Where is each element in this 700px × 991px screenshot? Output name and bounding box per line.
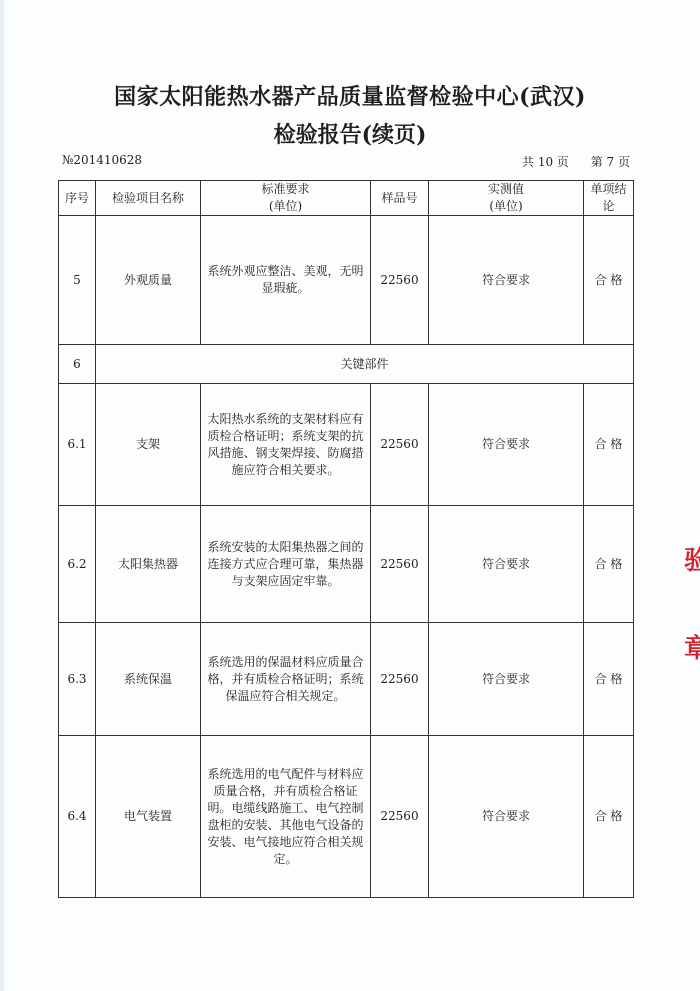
cell-measured: 符合要求 (429, 216, 584, 345)
page-info: 共 10 页 第 7 页 (504, 153, 630, 170)
total-pages: 共 10 页 (522, 155, 569, 169)
section-row: 6 关键部件 (59, 345, 634, 384)
table-header-row: 序号 检验项目名称 标准要求(单位) 样品号 实测值(单位) 单项结论 (59, 181, 634, 216)
col-header-sample: 样品号 (371, 181, 429, 216)
cell-seq: 6.3 (59, 623, 96, 736)
document-subtitle: 检验报告(续页) (0, 118, 700, 149)
cell-seq: 6.4 (59, 736, 96, 898)
cell-measured: 符合要求 (429, 736, 584, 898)
current-page: 第 7 页 (591, 155, 630, 169)
cell-conclusion: 合 格 (584, 623, 634, 736)
red-seal-stamp-bottom: 章 (684, 628, 700, 665)
cell-item: 系统保温 (96, 623, 201, 736)
cell-requirement: 系统选用的电气配件与材料应质量合格，并有质检合格证明。电缆线路施工、电气控制盘柜… (201, 736, 371, 898)
col-header-item: 检验项目名称 (96, 181, 201, 216)
cell-conclusion: 合 格 (584, 736, 634, 898)
cell-seq: 6 (59, 345, 96, 384)
section-label: 关键部件 (96, 345, 634, 384)
cell-item: 外观质量 (96, 216, 201, 345)
document-title: 国家太阳能热水器产品质量监督检验中心(武汉) (0, 80, 700, 111)
cell-seq: 5 (59, 216, 96, 345)
col-header-standard: 标准要求(单位) (201, 181, 371, 216)
cell-requirement: 系统选用的保温材料应质量合格，并有质检合格证明；系统保温应符合相关规定。 (201, 623, 371, 736)
cell-measured: 符合要求 (429, 506, 584, 623)
col-header-measured: 实测值(单位) (429, 181, 584, 216)
cell-conclusion: 合 格 (584, 216, 634, 345)
table-row: 6.1 支架 太阳热水系统的支架材料应有质检合格证明；系统支架的抗风措施、钢支架… (59, 384, 634, 506)
table-row: 6.3 系统保温 系统选用的保温材料应质量合格，并有质检合格证明；系统保温应符合… (59, 623, 634, 736)
cell-item: 太阳集热器 (96, 506, 201, 623)
table-row: 6.4 电气装置 系统选用的电气配件与材料应质量合格，并有质检合格证明。电缆线路… (59, 736, 634, 898)
table-row: 6.2 太阳集热器 系统安装的太阳集热器之间的连接方式应合理可靠，集热器与支架应… (59, 506, 634, 623)
cell-measured: 符合要求 (429, 384, 584, 506)
cell-measured: 符合要求 (429, 623, 584, 736)
red-seal-stamp-top: 验 (684, 540, 700, 577)
cell-item: 支架 (96, 384, 201, 506)
report-number: №201410628 (62, 153, 142, 167)
inspection-table: 序号 检验项目名称 标准要求(单位) 样品号 实测值(单位) 单项结论 5 外观… (58, 180, 634, 898)
cell-sample: 22560 (371, 736, 429, 898)
cell-sample: 22560 (371, 506, 429, 623)
cell-requirement: 系统安装的太阳集热器之间的连接方式应合理可靠，集热器与支架应固定牢靠。 (201, 506, 371, 623)
cell-conclusion: 合 格 (584, 506, 634, 623)
table-row: 5 外观质量 系统外观应整洁、美观，无明显瑕疵。 22560 符合要求 合 格 (59, 216, 634, 345)
cell-conclusion: 合 格 (584, 384, 634, 506)
col-header-conclusion: 单项结论 (584, 181, 634, 216)
cell-sample: 22560 (371, 623, 429, 736)
cell-seq: 6.2 (59, 506, 96, 623)
col-header-seq: 序号 (59, 181, 96, 216)
cell-requirement: 系统外观应整洁、美观，无明显瑕疵。 (201, 216, 371, 345)
cell-seq: 6.1 (59, 384, 96, 506)
cell-item: 电气装置 (96, 736, 201, 898)
cell-sample: 22560 (371, 384, 429, 506)
cell-requirement: 太阳热水系统的支架材料应有质检合格证明；系统支架的抗风措施、钢支架焊接、防腐措施… (201, 384, 371, 506)
cell-sample: 22560 (371, 216, 429, 345)
